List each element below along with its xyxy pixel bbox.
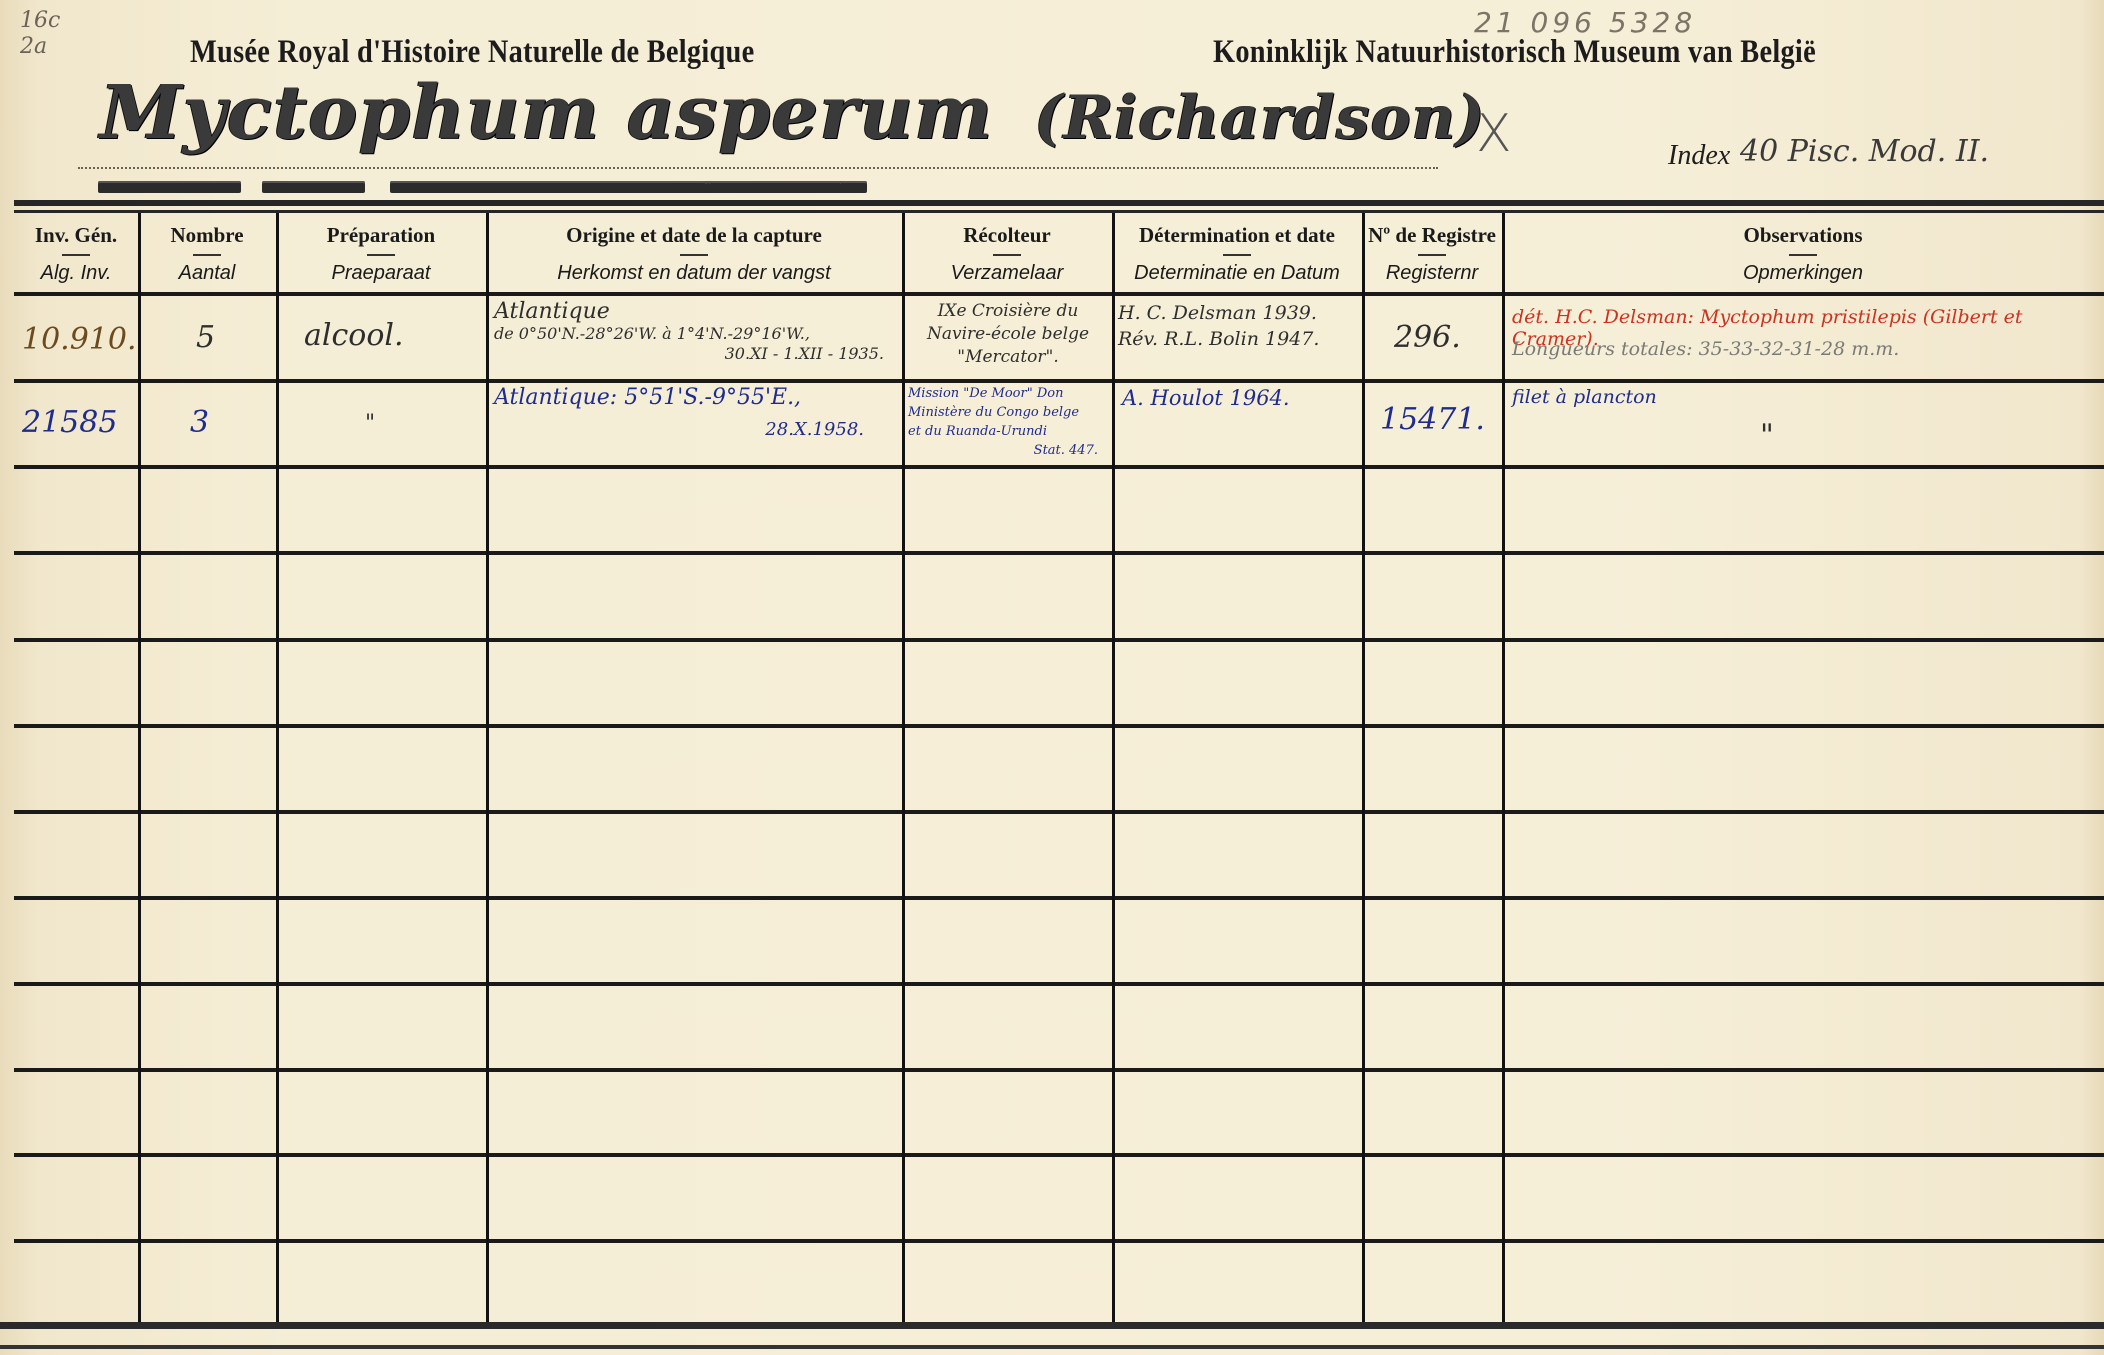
header-label-nl: Praeparaat — [276, 262, 486, 285]
recolteur-line: Mission "De Moor" Don — [908, 384, 1108, 403]
row1-observations-lengths: Longueurs totales: 35-33-32-31-28 m.m. — [1512, 338, 2097, 360]
header-dash — [993, 254, 1021, 256]
recolteur-line: Navire-école belge — [908, 323, 1108, 346]
row-divider — [14, 1068, 2104, 1072]
row-divider — [14, 1153, 2104, 1157]
column-divider — [138, 213, 141, 1325]
determination-line: Rév. R.L. Bolin 1947. — [1118, 326, 1358, 352]
species-title: Myctophum asperum (Richardson) — [100, 70, 1486, 156]
species-author: (Richardson) — [1034, 83, 1485, 153]
row1-preparation: alcool. — [304, 318, 404, 353]
recolteur-line: IXe Croisière du — [908, 300, 1108, 323]
header-label-fr: Observations — [1502, 223, 2104, 248]
header-label-fr: Nombre — [138, 223, 276, 248]
row-divider — [14, 724, 2104, 728]
header-label-nl: Determinatie en Datum — [1112, 262, 1362, 285]
row2-recolteur: Mission "De Moor" Don Ministère du Congo… — [908, 384, 1108, 460]
corner-pencil-note: 16c 2a — [20, 8, 60, 60]
header-label-nl: Herkomst en datum der vangst — [486, 262, 902, 285]
header-label-fr: Préparation — [276, 223, 486, 248]
underline-bar — [390, 181, 742, 193]
column-header-origine: Origine et date de la capture Herkomst e… — [486, 213, 902, 293]
catalog-card: 16c 2a 21 096 5328 Musée Royal d'Histoir… — [0, 0, 2104, 1355]
row-divider — [14, 379, 2104, 383]
column-header-recolteur: Récolteur Verzamelaar — [902, 213, 1112, 293]
recolteur-line: et du Ruanda-Urundi — [908, 422, 1108, 441]
header-label-fr: Inv. Gén. — [14, 223, 138, 248]
row-divider — [14, 896, 2104, 900]
cross-mark-icon: X — [1476, 104, 1512, 164]
header-label-nl: Registernr — [1362, 262, 1502, 285]
column-divider — [1502, 213, 1505, 1325]
column-header-observations: Observations Opmerkingen — [1502, 213, 2104, 293]
header-dash — [367, 254, 395, 256]
determination-line: A. Houlot 1964. — [1122, 386, 1362, 410]
bottom-rule-thin — [0, 1345, 2104, 1349]
header-dash — [680, 254, 708, 256]
row-divider — [14, 1239, 2104, 1243]
header-dash — [1789, 254, 1817, 256]
header-dash — [1223, 254, 1251, 256]
row-divider — [14, 982, 2104, 986]
institution-name-nl: Koninklijk Natuurhistorisch Museum van B… — [1213, 34, 1816, 71]
header-label-nl: Opmerkingen — [1502, 262, 2104, 285]
bottom-rule — [0, 1322, 2104, 1329]
column-header-preparation: Préparation Praeparaat — [276, 213, 486, 293]
origine-line: de 0°50'N.-28°26'W. à 1°4'N.-29°16'W., — [494, 324, 894, 344]
header-label-fr: Détermination et date — [1112, 223, 1362, 248]
row-divider — [14, 810, 2104, 814]
column-divider — [902, 213, 905, 1325]
header-dash — [62, 254, 90, 256]
title-dotted-line — [78, 167, 1438, 169]
corner-note-line: 2a — [20, 34, 60, 60]
row2-preparation-ditto: " — [365, 412, 375, 436]
row1-determination: H. C. Delsman 1939. Rév. R.L. Bolin 1947… — [1118, 300, 1358, 352]
row1-origine: Atlantique de 0°50'N.-28°26'W. à 1°4'N.-… — [494, 300, 894, 364]
column-divider — [486, 213, 489, 1325]
origine-line: 30.XI - 1.XII - 1935. — [494, 344, 894, 364]
row1-inv-gen: 10.910. — [22, 322, 137, 357]
origine-line: 28.X.1958. — [494, 420, 894, 440]
underline-bar — [262, 181, 365, 193]
header-label-nl: Verzamelaar — [902, 262, 1112, 285]
header-dash — [193, 254, 221, 256]
column-header-inv-gen: Inv. Gén. Alg. Inv. — [14, 213, 138, 293]
index-label: Index — [1668, 140, 1730, 172]
row2-observations-ditto: " — [1760, 418, 1774, 453]
row2-registre: 15471. — [1380, 402, 1485, 437]
column-divider — [1362, 213, 1365, 1325]
row2-origine: Atlantique: 5°51'S.-9°55'E., 28.X.1958. — [494, 386, 894, 440]
row2-observations: filet à plancton — [1512, 386, 1657, 408]
row-divider — [14, 465, 2104, 469]
recolteur-line: Ministère du Congo belge — [908, 403, 1108, 422]
determination-line: H. C. Delsman 1939. — [1118, 300, 1358, 326]
species-genus: Myctophum — [100, 70, 600, 156]
row-divider — [14, 638, 2104, 642]
column-header-registre: Nº de Registre Registernr — [1362, 213, 1502, 293]
underline-bar — [98, 181, 241, 193]
row2-nombre: 3 — [190, 405, 209, 440]
species-epithet: asperum — [627, 70, 994, 156]
row2-inv-gen: 21585 — [22, 405, 117, 440]
origine-line: Atlantique — [494, 300, 894, 324]
header-label-nl: Aantal — [138, 262, 276, 285]
recolteur-line: Stat. 447. — [908, 441, 1108, 460]
header-label-fr: Nº de Registre — [1362, 223, 1502, 248]
header-dash — [1418, 254, 1446, 256]
recolteur-line: "Mercator". — [908, 346, 1108, 369]
column-divider — [276, 213, 279, 1325]
header-label-fr: Récolteur — [902, 223, 1112, 248]
row2-determination: A. Houlot 1964. — [1122, 386, 1362, 410]
column-header-determination: Détermination et date Determinatie en Da… — [1112, 213, 1362, 293]
row-divider — [14, 551, 2104, 555]
origine-line: Atlantique: 5°51'S.-9°55'E., — [494, 386, 894, 410]
underline-bar — [709, 181, 841, 193]
column-divider — [1112, 213, 1115, 1325]
corner-note-line: 16c — [20, 8, 60, 34]
header-label-fr: Origine et date de la capture — [486, 223, 902, 248]
column-header-nombre: Nombre Aantal — [138, 213, 276, 293]
register-table-grid — [14, 213, 2104, 1325]
row1-registre: 296. — [1394, 320, 1461, 355]
institution-name-fr: Musée Royal d'Histoire Naturelle de Belg… — [190, 34, 754, 71]
header-label-nl: Alg. Inv. — [14, 262, 138, 285]
index-value: 40 Pisc. Mod. II. — [1740, 134, 1989, 169]
row1-nombre: 5 — [196, 320, 215, 355]
row1-recolteur: IXe Croisière du Navire-école belge "Mer… — [908, 300, 1108, 369]
header-rule-thick — [14, 200, 2104, 206]
